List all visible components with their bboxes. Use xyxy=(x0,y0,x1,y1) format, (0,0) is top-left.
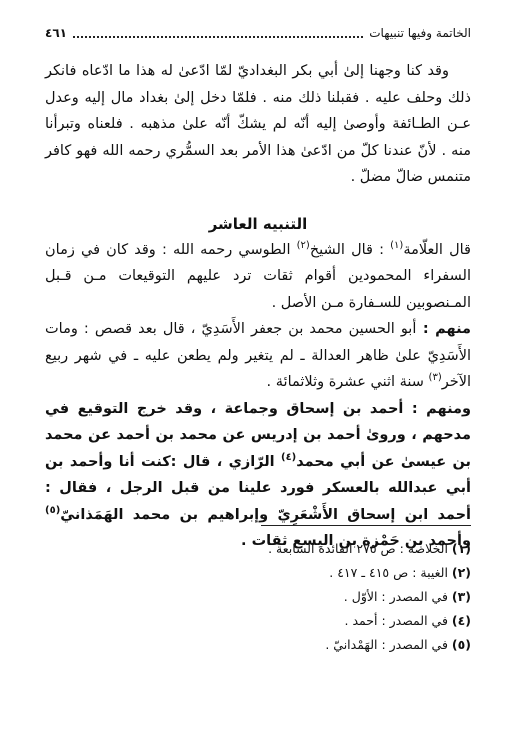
footnote-ref-4[interactable]: (٤) xyxy=(281,452,296,463)
footnote-text: في المصدر : أحمد . xyxy=(345,613,452,628)
paragraph-3-text-b: سنة اثني عشرة وثلاثمائة . xyxy=(267,374,429,390)
footnote-ref-5[interactable]: (٥) xyxy=(45,505,60,516)
page-number: ٤٦١ xyxy=(45,26,67,40)
paragraph-2: قال العلّامة(١) : قال الشيخ(٢) الطوسي رح… xyxy=(45,237,471,317)
footnote-ref-3[interactable]: (٣) xyxy=(429,372,442,383)
footnote-number: (٤) xyxy=(452,613,471,628)
chapter-title: الخاتمة وفيها تنبيهات xyxy=(369,26,471,40)
footnote-1: (١) الخلاصة : ص ٢٧٥ الفائدة السابعة . xyxy=(45,537,471,561)
footnote-5: (٥) في المصدر : الهَمْدانيّ . xyxy=(45,633,471,657)
footnote-text: الغيبة : ص ٤١٥ ـ ٤١٧ . xyxy=(329,565,452,580)
footnote-2: (٢) الغيبة : ص ٤١٥ ـ ٤١٧ . xyxy=(45,561,471,585)
paragraph-4-lead: ومنهم : xyxy=(403,401,471,417)
footnote-divider xyxy=(261,525,471,526)
book-page: الخاتمة وفيها تنبيهات ٤٦١ وقد كنا وجهنا … xyxy=(45,0,471,735)
paragraph-1: وقد كنا وجهنا إلىٰ أبي بكر البغداديّ لمّ… xyxy=(45,58,471,191)
paragraph-3-lead: منهم : xyxy=(416,321,471,337)
paragraph-3: منهم : أبو الحسين محمد بن جعفر الأَسَدِي… xyxy=(45,316,471,396)
footnote-4: (٤) في المصدر : أحمد . xyxy=(45,609,471,633)
footnote-ref-1[interactable]: (١) xyxy=(390,240,403,251)
footnote-text: الخلاصة : ص ٢٧٥ الفائدة السابعة . xyxy=(268,541,452,556)
footnote-number: (٥) xyxy=(452,637,471,652)
footnote-number: (٢) xyxy=(452,565,471,580)
footnote-text: في المصدر : الهَمْدانيّ . xyxy=(325,637,452,652)
footnote-number: (١) xyxy=(452,541,471,556)
main-text: وقد كنا وجهنا إلىٰ أبي بكر البغداديّ لمّ… xyxy=(45,58,471,555)
paragraph-2-text-a: قال العلّامة xyxy=(403,242,471,258)
paragraph-2-text-b: : قال الشيخ xyxy=(310,242,390,258)
running-header: الخاتمة وفيها تنبيهات ٤٦١ xyxy=(45,24,471,42)
footnote-text: في المصدر : الأوّل . xyxy=(344,589,452,604)
footnotes: (١) الخلاصة : ص ٢٧٥ الفائدة السابعة . (٢… xyxy=(45,537,471,657)
paragraph-4: ومنهم : أحمد بن إسحاق وجماعة ، وقد خرج ا… xyxy=(45,396,471,555)
footnote-ref-2[interactable]: (٢) xyxy=(297,240,310,251)
leader-dots xyxy=(73,28,363,38)
footnote-3: (٣) في المصدر : الأوّل . xyxy=(45,585,471,609)
section-heading: التنبيه العاشر xyxy=(45,211,471,237)
footnote-number: (٣) xyxy=(452,589,471,604)
